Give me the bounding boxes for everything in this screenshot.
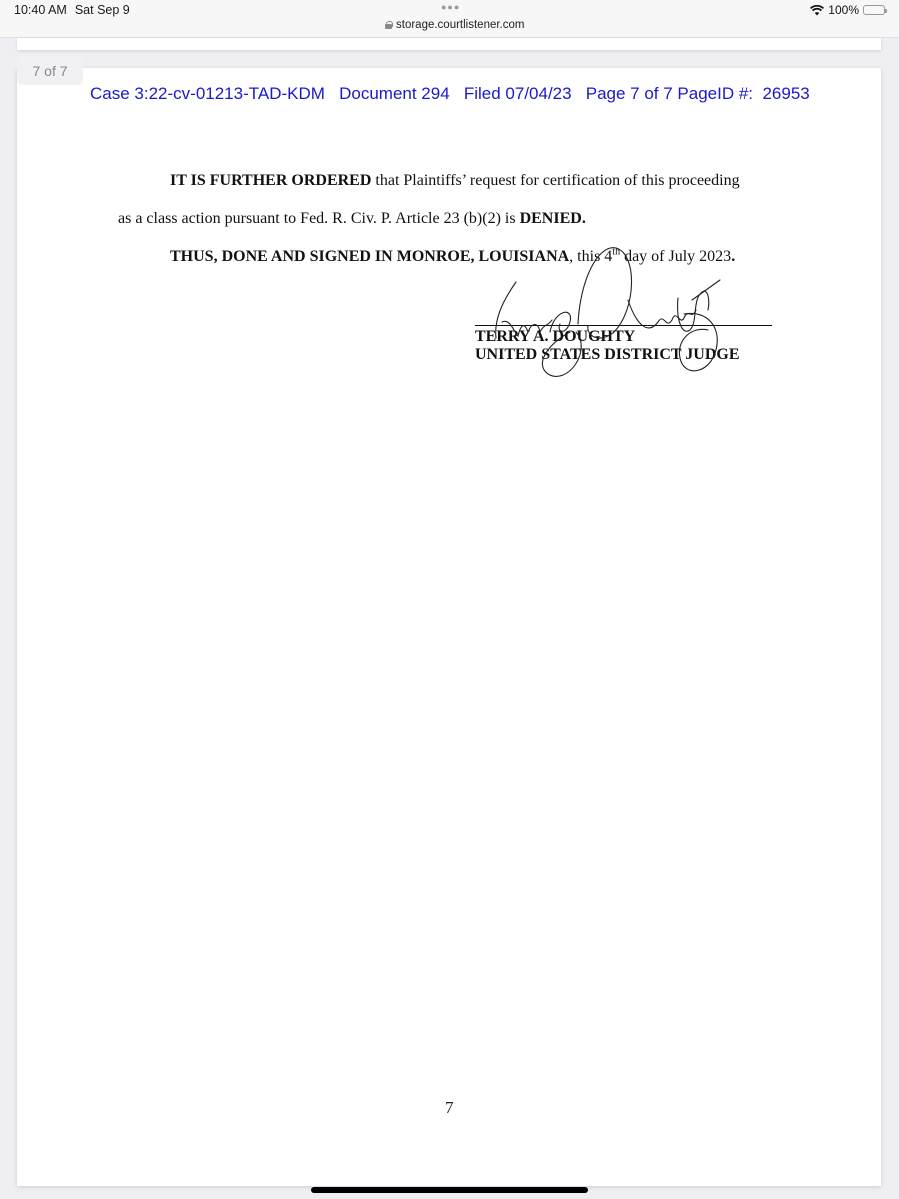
paragraph-text: day of July 2023 (620, 248, 731, 265)
previous-page-edge (17, 38, 881, 50)
page-number: 7 (445, 1098, 454, 1118)
paragraph-text: , this 4 (569, 248, 612, 265)
time: 10:40 AM (14, 3, 67, 17)
ordinal-suffix: th (612, 247, 620, 258)
page-counter: 7 of 7 (17, 56, 83, 85)
case-header: Case 3:22-cv-01213-TAD-KDM Document 294 … (90, 84, 810, 104)
home-indicator[interactable] (311, 1187, 588, 1193)
denied-phrase: DENIED. (520, 210, 586, 227)
wifi-icon (810, 5, 824, 16)
address-bar[interactable]: storage.courtlistener.com (385, 19, 524, 31)
document-page (17, 68, 881, 1186)
status-bar: 10:40 AMSat Sep 9 ●●● storage.courtliste… (0, 0, 899, 38)
bold-phrase: IT IS FURTHER ORDERED (170, 172, 371, 189)
battery-icon (863, 5, 885, 15)
judge-name: TERRY A. DOUGHTY (475, 328, 635, 346)
date: Sat Sep 9 (75, 3, 130, 17)
more-dots-icon[interactable]: ●●● (441, 2, 460, 12)
lock-icon (385, 21, 392, 29)
paragraph-text: that Plaintiffs’ request for certificati… (371, 172, 739, 189)
status-time: 10:40 AMSat Sep 9 (14, 3, 130, 17)
status-indicators: 100% (810, 3, 885, 17)
period: . (731, 248, 735, 265)
paragraph-signed: THUS, DONE AND SIGNED IN MONROE, LOUISIA… (170, 248, 735, 266)
battery-percent: 100% (828, 3, 859, 17)
paragraph-class-action: as a class action pursuant to Fed. R. Ci… (118, 210, 586, 228)
judge-title: UNITED STATES DISTRICT JUDGE (475, 346, 740, 364)
url-text: storage.courtlistener.com (396, 19, 524, 31)
paragraph-further-ordered: IT IS FURTHER ORDERED that Plaintiffs’ r… (170, 172, 740, 190)
paragraph-text: as a class action pursuant to Fed. R. Ci… (118, 210, 520, 227)
signature-line (475, 325, 772, 326)
bold-phrase: THUS, DONE AND SIGNED IN MONROE, LOUISIA… (170, 248, 569, 265)
